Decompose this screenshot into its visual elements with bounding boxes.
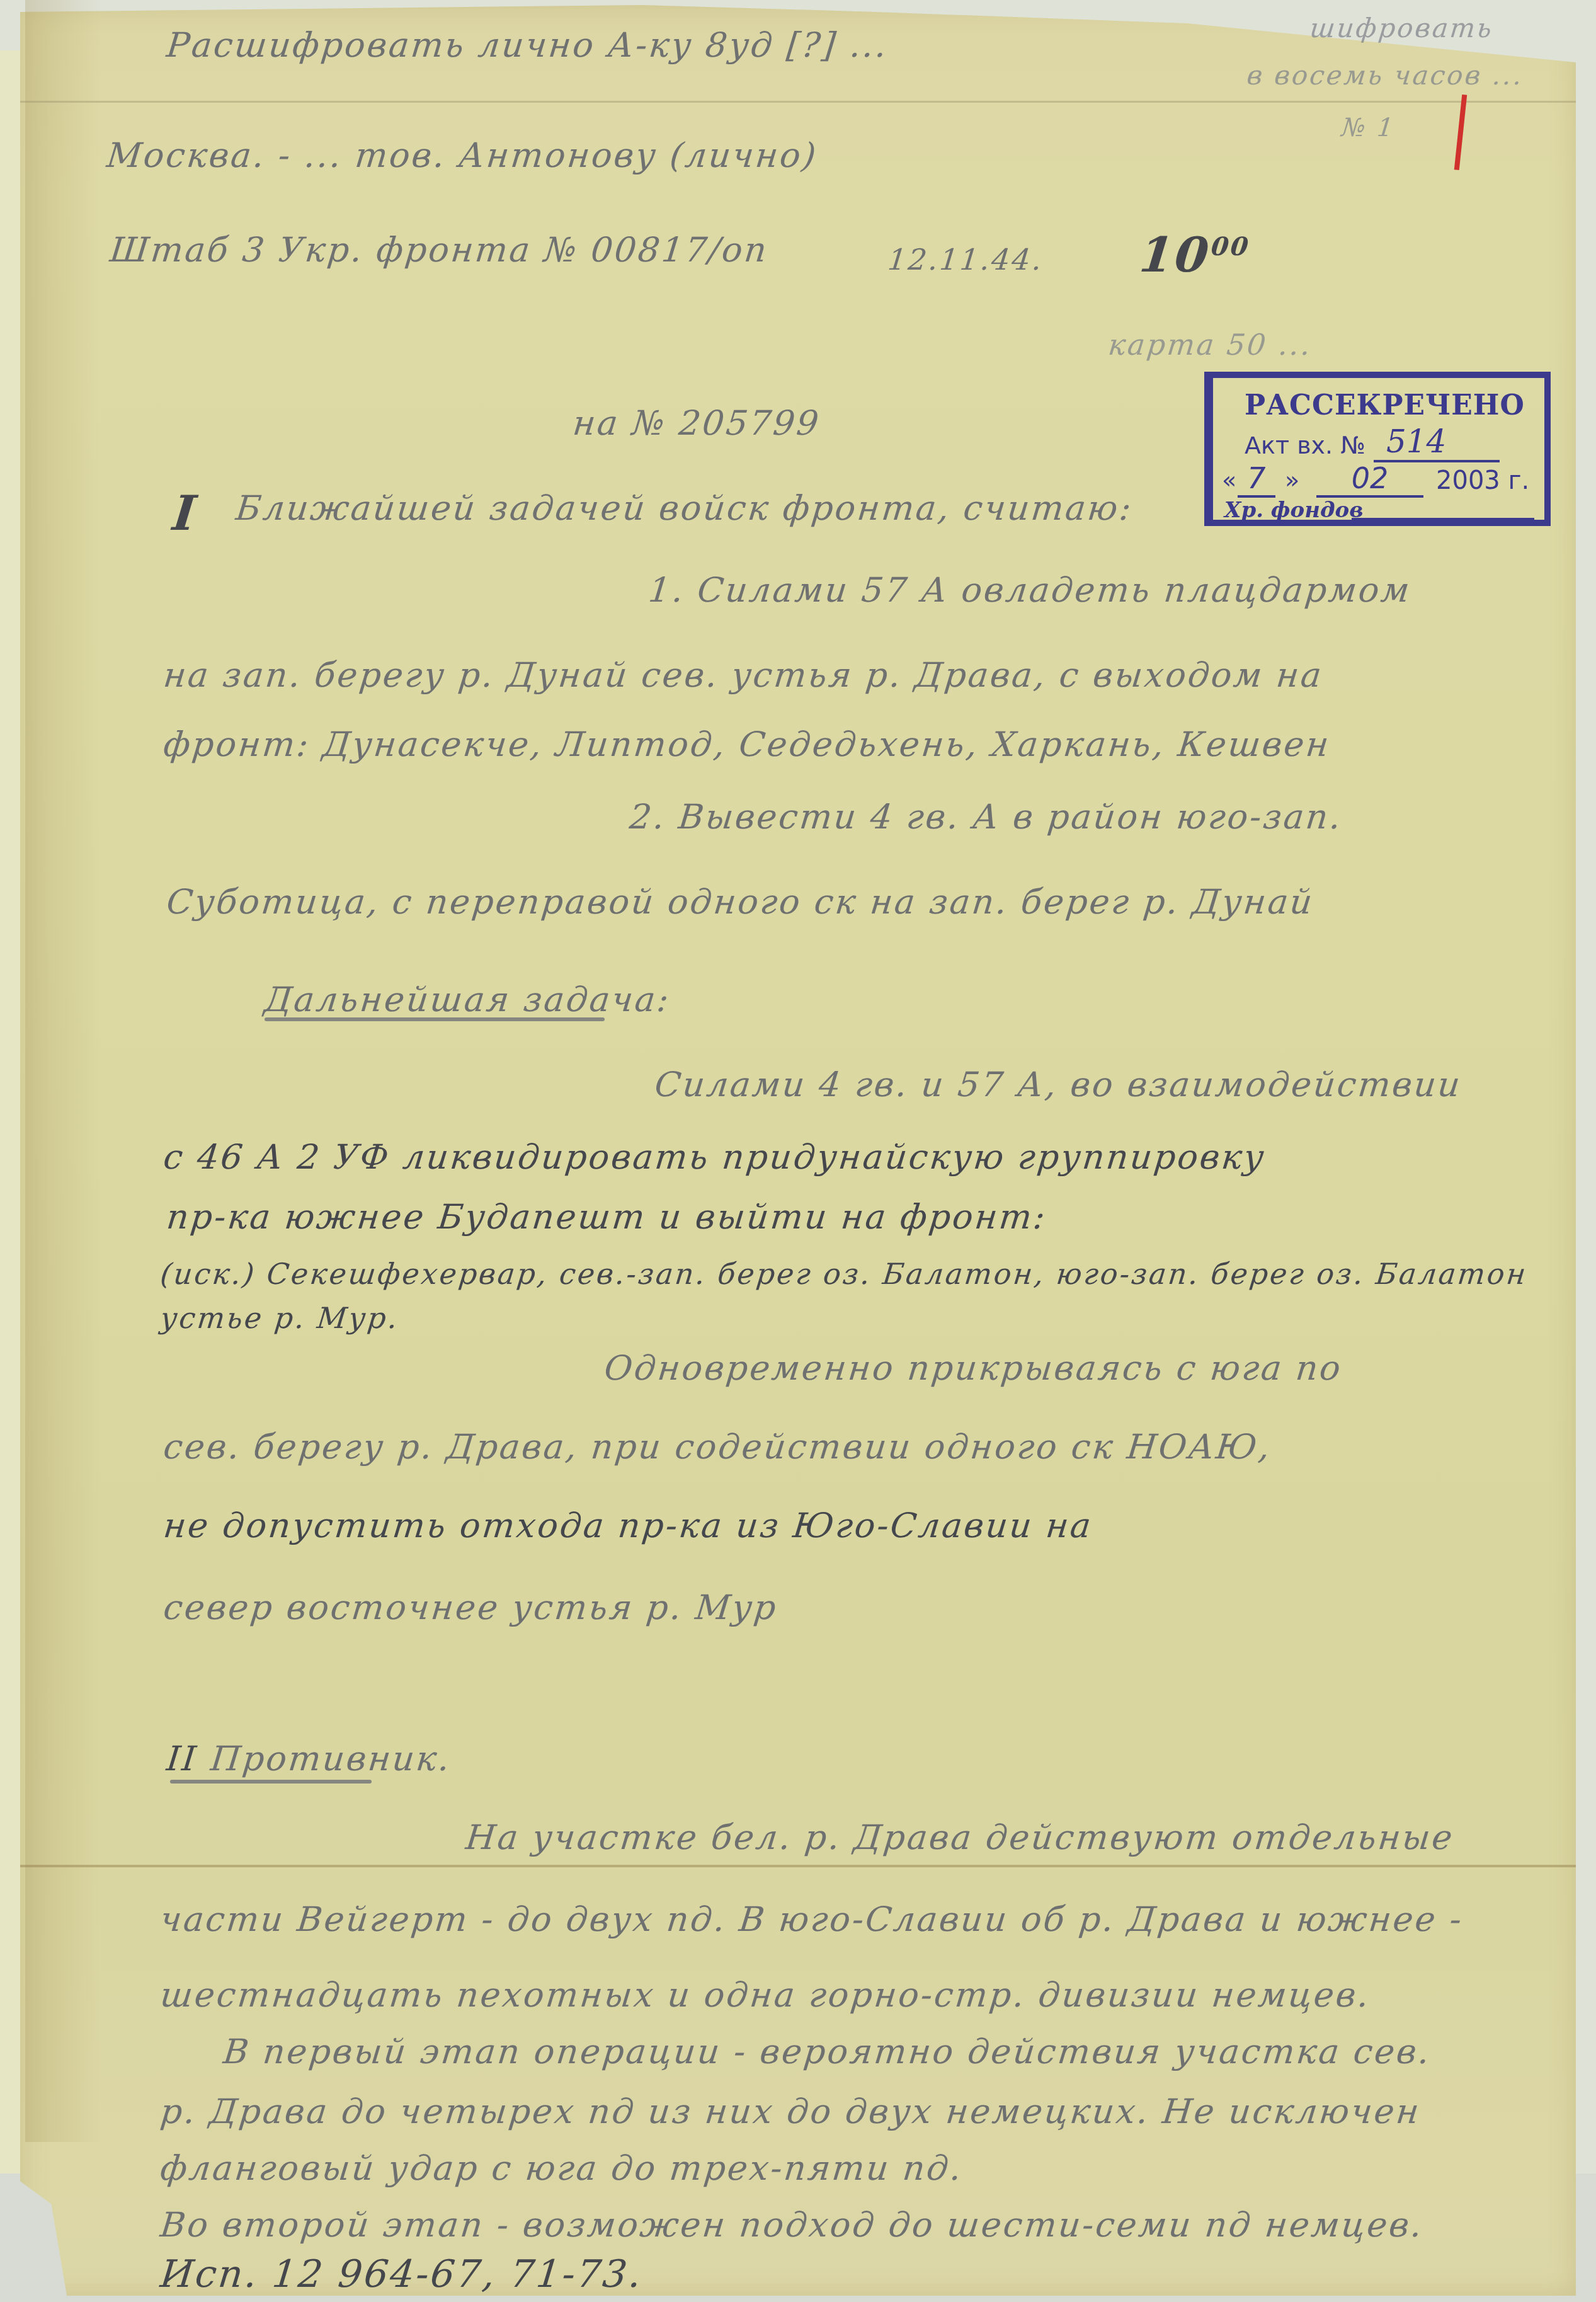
note-right-ref: № 1 xyxy=(1340,113,1397,142)
header-date: 12.11.44. xyxy=(886,243,1045,277)
note-carbon: карта 50 ... xyxy=(1107,328,1314,362)
declassified-stamp: РАССЕКРЕЧЕНО Акт вх. № 514 « 7 » 02 2003… xyxy=(1204,372,1551,526)
stamp-fund-label: Хр. фондов xyxy=(1224,498,1364,523)
stamp-act-value: 514 xyxy=(1374,423,1500,462)
note-right-top-2: в восемь часов ... xyxy=(1245,60,1525,91)
stamp-title: РАССЕКРЕЧЕНО xyxy=(1245,389,1525,421)
enemy-p1-line-b: части Вейгерт - до двух пд. В юго-Славии… xyxy=(159,1899,1466,1939)
item-1-line-b: на зап. берегу р. Дунай сев. устья р. Др… xyxy=(162,655,1325,695)
item-2-line-b: Суботица, с переправой одного ск на зап.… xyxy=(165,882,1316,922)
header-time-hours: 10 xyxy=(1137,227,1213,283)
enemy-p2-line-a: В первый этап операции - вероятно действ… xyxy=(222,2032,1434,2071)
stamp-day: 7 xyxy=(1238,461,1275,498)
paper-fold-bottom xyxy=(20,1865,1576,1867)
next-task-heading: Дальнейшая задача: xyxy=(263,980,673,1019)
enemy-p3: Во второй этап - возможен подход до шест… xyxy=(159,2205,1426,2245)
enemy-p2-line-b: р. Драва до четырех пд из них до двух не… xyxy=(159,2092,1423,2131)
executor-reference: Исп. 12 964-67, 71-73. xyxy=(158,2252,645,2296)
next-task-line-3: пр-ка южнее Будапешт и выйти на фронт: xyxy=(165,1197,1049,1237)
reply-to-reference: на № 205799 xyxy=(571,403,823,443)
stamp-act-label: Акт вх. № xyxy=(1245,432,1365,459)
section-2-underline xyxy=(170,1780,372,1784)
paper-fold-top xyxy=(20,101,1576,103)
enemy-p1-line-c: шестнадцать пехотных и одна горно-стр. д… xyxy=(159,1975,1372,2015)
next-task-line-9: север восточнее устья р. Мур xyxy=(162,1588,780,1627)
header-time: 1000 xyxy=(1137,227,1252,283)
section-2-numeral: II xyxy=(165,1739,200,1778)
next-task-line-5: устье р. Мур. xyxy=(159,1301,401,1335)
enemy-p1-line-a: На участке бел. р. Драва действуют отдел… xyxy=(464,1818,1456,1857)
item-1-line-c: фронт: Дунасекче, Липтод, Седедьхень, Ха… xyxy=(162,724,1333,764)
section-2-heading: Противник. xyxy=(209,1739,453,1778)
stamp-fund-line xyxy=(1352,518,1534,520)
item-1-line-a: 1. Силами 57 А овладеть плацдармом xyxy=(647,570,1413,610)
next-task-line-1: Силами 4 гв. и 57 А, во взаимодействии xyxy=(653,1065,1464,1104)
stamp-month: 02 xyxy=(1316,461,1423,498)
next-task-line-4: (иск.) Секешфехервар, сев.-зап. берег оз… xyxy=(159,1257,1529,1291)
header-time-minutes: 00 xyxy=(1210,232,1252,261)
next-task-line-2: с 46 А 2 УФ ликвидировать придунайскую г… xyxy=(162,1137,1268,1177)
next-task-line-7: сев. берегу р. Драва, при содействии одн… xyxy=(162,1427,1274,1467)
next-task-underline xyxy=(265,1017,605,1021)
paper-stain xyxy=(25,0,101,2142)
header-line-3-reference: Штаб 3 Укр. фронта № 00817/оп xyxy=(108,230,770,270)
next-task-line-8: не допустить отхода пр-ка из Юго-Славии … xyxy=(162,1506,1095,1545)
next-task-line-6: Одновременно прикрываясь с юга по xyxy=(603,1348,1345,1388)
header-line-2: Москва. - ... тов. Антонову (лично) xyxy=(105,135,820,175)
stamp-quote-open: « xyxy=(1222,466,1236,494)
stamp-quote-close: » xyxy=(1285,466,1299,494)
section-1-intro: Ближайшей задачей войск фронта, считаю: xyxy=(234,488,1135,528)
stamp-year: 2003 г. xyxy=(1436,466,1529,495)
item-2-line-a: 2. Вывести 4 гв. А в район юго-зап. xyxy=(628,797,1345,837)
header-line-1: Расшифровать лично А-ку 8уд [?] ... xyxy=(165,25,891,65)
enemy-p2-line-c: фланговый удар с юга до трех-пяти пд. xyxy=(159,2148,965,2188)
note-right-top-1: шифровать xyxy=(1308,13,1495,43)
